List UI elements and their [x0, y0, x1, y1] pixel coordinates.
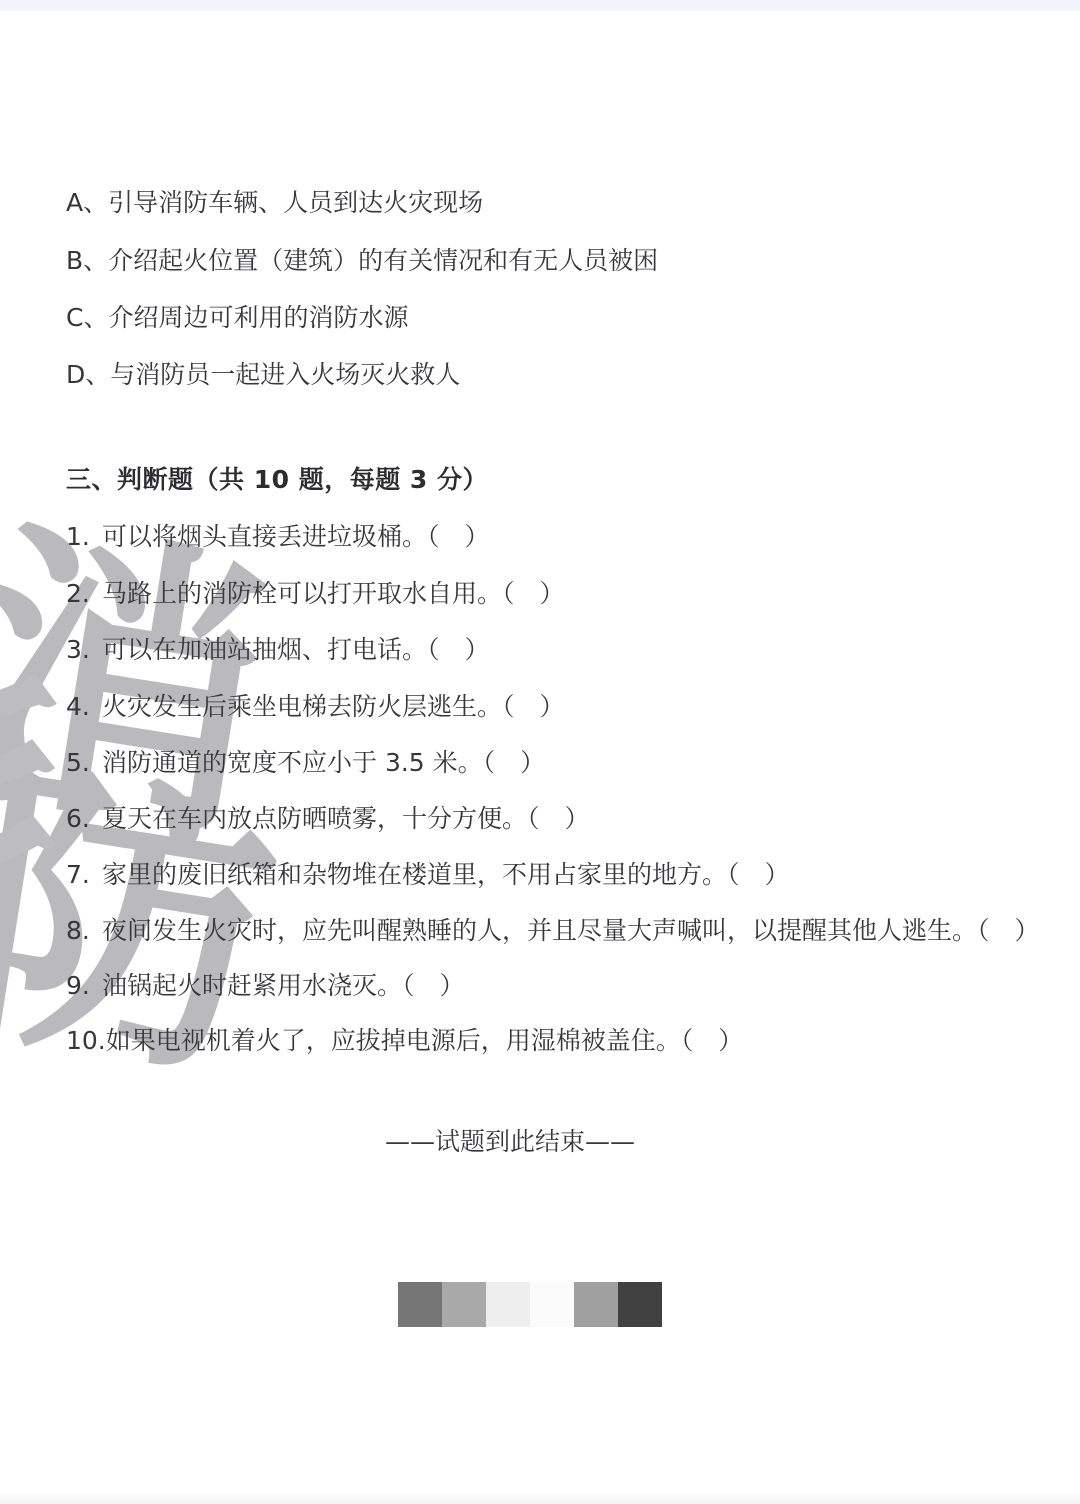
item-number: 6. — [66, 804, 102, 833]
item-text: 家里的废旧纸箱和杂物堆在楼道里，不用占家里的地方。（ ） — [102, 860, 790, 889]
option-text: 引导消防车辆、人员到达火灾现场 — [108, 188, 483, 217]
option-label: A、 — [66, 183, 108, 219]
judgment-item-6: 6.夏天在车内放点防晒喷雾，十分方便。（ ） — [66, 799, 590, 835]
judgment-item-3: 3.可以在加油站抽烟、打电话。（ ） — [66, 630, 490, 666]
page-top-edge-strip — [0, 0, 1080, 11]
judgment-item-2: 2.马路上的消防栓可以打开取水自用。（ ） — [66, 574, 565, 610]
end-of-paper-text: ——试题到此结束—— — [0, 1122, 1020, 1158]
item-number: 4. — [66, 692, 102, 721]
item-text: 如果电视机着火了，应拔掉电源后，用湿棉被盖住。（ ） — [106, 1026, 744, 1055]
option-label: D、 — [66, 355, 110, 391]
item-number: 3. — [66, 635, 102, 664]
gray-swatch — [442, 1282, 486, 1327]
item-text: 马路上的消防栓可以打开取水自用。（ ） — [102, 579, 565, 608]
option-label: C、 — [66, 298, 108, 334]
gray-swatch — [574, 1282, 618, 1327]
item-number: 8. — [66, 916, 102, 945]
option-label: B、 — [66, 241, 108, 277]
item-text: 油锅起火时赶紧用水浇灭。（ ） — [102, 971, 465, 1000]
item-text: 夜间发生火灾时，应先叫醒熟睡的人，并且尽量大声喊叫，以提醒其他人逃生。（ ） — [102, 916, 1040, 945]
item-number: 1. — [66, 522, 102, 551]
item-text: 火灾发生后乘坐电梯去防火层逃生。（ ） — [102, 692, 565, 721]
option-row-b: B、介绍起火位置（建筑）的有关情况和有无人员被困 — [66, 241, 658, 277]
option-text: 与消防员一起进入火场灭火救人 — [110, 360, 460, 389]
item-number: 9. — [66, 971, 102, 1000]
item-text: 夏天在车内放点防晒喷雾，十分方便。（ ） — [102, 804, 590, 833]
grayscale-swatch-strip — [398, 1282, 662, 1327]
option-row-d: D、与消防员一起进入火场灭火救人 — [66, 355, 460, 391]
option-row-a: A、引导消防车辆、人员到达火灾现场 — [66, 183, 483, 219]
gray-swatch — [398, 1282, 442, 1327]
item-number: 7. — [66, 860, 102, 889]
gray-swatch — [530, 1282, 574, 1327]
judgment-item-8: 8.夜间发生火灾时，应先叫醒熟睡的人，并且尽量大声喊叫，以提醒其他人逃生。（ ） — [66, 911, 1040, 947]
judgment-item-10: 10.如果电视机着火了，应拔掉电源后，用湿棉被盖住。（ ） — [66, 1021, 743, 1057]
exam-paper-page: 消 防 彡 A、引导消防车辆、人员到达火灾现场 B、介绍起火位置（建筑）的有关情… — [0, 0, 1080, 1504]
judgment-item-5: 5.消防通道的宽度不应小于 3.5 米。（ ） — [66, 743, 545, 779]
gray-swatch — [486, 1282, 530, 1327]
section-heading: 三、判断题（共 10 题，每题 3 分） — [66, 460, 488, 496]
judgment-item-1: 1.可以将烟头直接丢进垃圾桶。（ ） — [66, 517, 490, 553]
judgment-item-7: 7.家里的废旧纸箱和杂物堆在楼道里，不用占家里的地方。（ ） — [66, 855, 790, 891]
item-text: 可以在加油站抽烟、打电话。（ ） — [102, 635, 490, 664]
gray-swatch — [618, 1282, 662, 1327]
item-number: 2. — [66, 579, 102, 608]
option-row-c: C、介绍周边可利用的消防水源 — [66, 298, 408, 334]
judgment-item-9: 9.油锅起火时赶紧用水浇灭。（ ） — [66, 966, 465, 1002]
page-bottom-edge-strip — [0, 1492, 1080, 1504]
item-text: 可以将烟头直接丢进垃圾桶。（ ） — [102, 522, 490, 551]
judgment-item-4: 4.火灾发生后乘坐电梯去防火层逃生。（ ） — [66, 687, 565, 723]
option-text: 介绍起火位置（建筑）的有关情况和有无人员被困 — [108, 246, 658, 275]
option-text: 介绍周边可利用的消防水源 — [108, 303, 408, 332]
item-number: 5. — [66, 748, 102, 777]
item-text: 消防通道的宽度不应小于 3.5 米。（ ） — [102, 748, 545, 777]
item-number: 10. — [66, 1026, 106, 1055]
